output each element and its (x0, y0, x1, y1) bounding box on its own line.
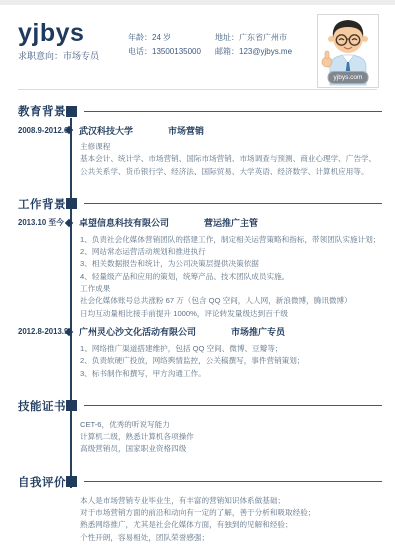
site-logo: yjbys (18, 19, 84, 48)
detail-line: CET-6，优秀的听说写能力 (80, 419, 382, 431)
job-intention: 求职意向：市场专员 (18, 49, 99, 62)
timeline-square-marker (66, 106, 77, 117)
skills-entry: CET-6，优秀的听说写能力 计算机二级，熟悉计算机各项操作 高级营销员，国家职… (0, 419, 395, 456)
detail-line: 日均互动量相比接手前提升 1000%，评论转发量级达到百千级 (80, 308, 382, 320)
entry-header: 2013.10 至今 卓望信息科技有限公司 营运推广主管 (0, 217, 395, 229)
address-row: 地址：广东省广州市 (215, 31, 292, 45)
detail-line: 社会化媒体账号总共涨粉 67 万（包含 QQ 空间，人人网，新浪微博，腾讯微博） (80, 295, 382, 307)
phone-value: 13500135000 (152, 47, 201, 56)
entry-details: 1、网络推广渠道搭建维护，包括 QQ 空间、微博、豆瓣等； 2、负责软硬广投放，… (0, 343, 395, 380)
entry-date: 2008.9-2012.6 (18, 126, 65, 135)
major-name: 市场营销 (168, 124, 204, 137)
avatar: yjbys.com (317, 14, 379, 88)
email-value: 123@yjbys.me (239, 47, 292, 56)
self-evaluation-entry: 本人是市场营销专业毕业生，有丰富的营销知识体系做基础； 对于市场营销方面的前沿和… (0, 495, 395, 544)
age-row: 年龄：24 岁 (128, 31, 201, 45)
phone-row: 电话：13500135000 (128, 45, 201, 59)
section-header: 自我评价 (0, 475, 395, 489)
entry-date: 2013.10 至今 (18, 217, 65, 228)
address-value: 广东省广州市 (239, 33, 287, 42)
entry-details: 1、负责社会化媒体营销团队的搭建工作，制定相关运营策略和指标，带领团队实施计划；… (0, 234, 395, 320)
detail-line: 高级营销员，国家职业资格四级 (80, 443, 382, 455)
detail-line: 主修课程 (80, 141, 382, 153)
detail-line: 计算机二级，熟悉计算机各项操作 (80, 431, 382, 443)
resume-body: 教育背景 2008.9-2012.6 武汉科技大学 市场营销 主修课程 基本会计… (0, 96, 395, 544)
header-divider (18, 89, 377, 90)
section-title: 工作背景 (18, 196, 66, 212)
address-label: 地址： (215, 33, 239, 42)
section-rule (84, 111, 382, 112)
section-rule (84, 405, 382, 406)
detail-line: 工作成果 (80, 283, 382, 295)
work-entry: 2012.8-2013.9 广州灵心沙文化活动有限公司 市场推广专员 1、网络推… (0, 326, 395, 380)
detail-line: 对于市场营销方面的前沿和动向有一定的了解，善于分析和吸取经验； (80, 507, 382, 519)
entry-details: 本人是市场营销专业毕业生，有丰富的营销知识体系做基础； 对于市场营销方面的前沿和… (0, 495, 395, 544)
company-name: 广州灵心沙文化活动有限公司 (79, 325, 196, 338)
section-self-evaluation: 自我评价 本人是市场营销专业毕业生，有丰富的营销知识体系做基础； 对于市场营销方… (0, 475, 395, 544)
section-header: 技能证书 (0, 399, 395, 413)
work-entry: 2013.10 至今 卓望信息科技有限公司 营运推广主管 1、负责社会化媒体营销… (0, 217, 395, 320)
detail-line: 个性开朗，容易相处，团队荣誉感强； (80, 532, 382, 544)
phone-label: 电话： (128, 47, 152, 56)
section-skills: 技能证书 CET-6，优秀的听说写能力 计算机二级，熟悉计算机各项操作 高级营销… (0, 399, 395, 456)
education-entry: 2008.9-2012.6 武汉科技大学 市场营销 主修课程 基本会计、统计学、… (0, 124, 395, 178)
entry-details: 主修课程 基本会计、统计学、市场营销、国际市场营销、市场调查与预测、商业心理学、… (0, 141, 395, 178)
section-rule (84, 203, 382, 204)
job-title: 市场推广专员 (231, 325, 285, 338)
entry-header: 2008.9-2012.6 武汉科技大学 市场营销 (0, 124, 395, 136)
detail-line: 2、网站常态运营活动规划和推进执行 (80, 246, 382, 258)
section-rule (84, 481, 382, 482)
email-label: 邮箱： (215, 47, 239, 56)
timeline-square-marker (66, 198, 77, 209)
detail-line: 熟悉网络推广，尤其是社会化媒体方面，有独到的见解和经验； (80, 519, 382, 531)
section-header: 工作背景 (0, 197, 395, 211)
age-value: 24 岁 (152, 33, 171, 42)
timeline-square-marker (66, 476, 77, 487)
company-name: 卓望信息科技有限公司 (79, 216, 169, 229)
detail-line: 本人是市场营销专业毕业生，有丰富的营销知识体系做基础； (80, 495, 382, 507)
section-title: 自我评价 (18, 474, 66, 490)
detail-line: 基本会计、统计学、市场营销、国际市场营销、市场调查与预测、商业心理学、广告学、公… (80, 153, 382, 178)
contact-info-column-2: 地址：广东省广州市 邮箱：123@yjbys.me (215, 31, 292, 59)
job-title: 营运推广主管 (204, 216, 258, 229)
resume-page: yjbys 求职意向：市场专员 年龄：24 岁 电话：13500135000 地… (0, 0, 395, 559)
email-row: 邮箱：123@yjbys.me (215, 45, 292, 59)
age-label: 年龄： (128, 33, 152, 42)
detail-line: 3、相关数据报告和统计，为公司决策层提供决策依据 (80, 258, 382, 270)
timeline-diamond-marker (65, 219, 73, 227)
avatar-site-badge: yjbys.com (328, 71, 369, 84)
detail-line: 4、轻量级产品和应用的策划，统筹产品、技术团队成员实施。 (80, 271, 382, 283)
timeline-square-marker (66, 400, 77, 411)
detail-line: 3、标书制作和撰写，甲方沟通工作。 (80, 368, 382, 380)
section-education: 教育背景 2008.9-2012.6 武汉科技大学 市场营销 主修课程 基本会计… (0, 104, 395, 178)
resume-header: yjbys 求职意向：市场专员 年龄：24 岁 电话：13500135000 地… (0, 5, 395, 89)
section-title: 教育背景 (18, 103, 66, 119)
entry-header: 2012.8-2013.9 广州灵心沙文化活动有限公司 市场推广专员 (0, 326, 395, 338)
entry-details: CET-6，优秀的听说写能力 计算机二级，熟悉计算机各项操作 高级营销员，国家职… (0, 419, 395, 456)
section-header: 教育背景 (0, 104, 395, 118)
section-title: 技能证书 (18, 398, 66, 414)
section-work: 工作背景 2013.10 至今 卓望信息科技有限公司 营运推广主管 1、负责社会… (0, 197, 395, 380)
contact-info-column-1: 年龄：24 岁 电话：13500135000 (128, 31, 201, 59)
school-name: 武汉科技大学 (79, 124, 133, 137)
detail-line: 2、负责软硬广投放，网络舆情监控，公关稿撰写，事件营销策划； (80, 355, 382, 367)
entry-date: 2012.8-2013.9 (18, 327, 65, 336)
detail-line: 1、网络推广渠道搭建维护，包括 QQ 空间、微博、豆瓣等； (80, 343, 382, 355)
detail-line: 1、负责社会化媒体营销团队的搭建工作，制定相关运营策略和指标，带领团队实施计划； (80, 234, 382, 246)
